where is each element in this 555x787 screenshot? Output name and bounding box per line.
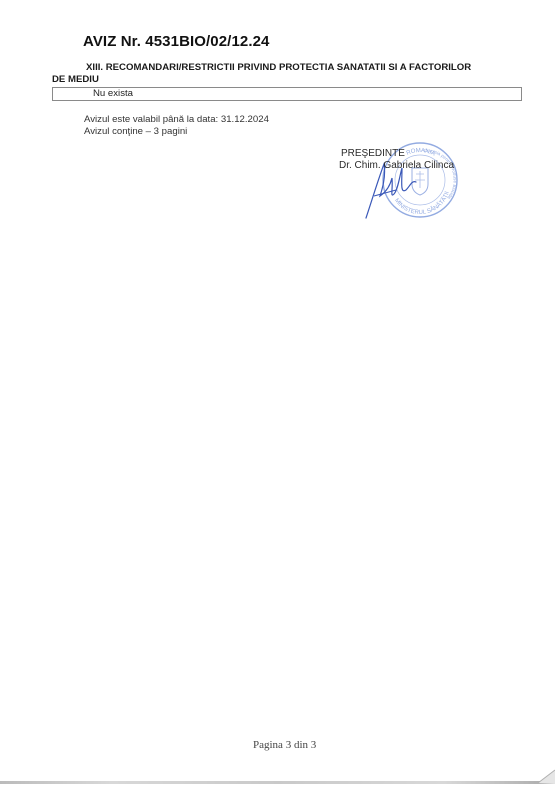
section-heading: XIII. RECOMANDARI/RESTRICTII PRIVIND PRO… [86,62,471,73]
section-content-box: Nu exista [52,87,522,101]
svg-text:Comisia pentru Produse Biocide: Comisia pentru Produse Biocide [424,148,458,201]
signatory-role: PREŞEDINTE [341,148,405,159]
signatory-name: Dr. Chim. Gabriela Cilinca [339,160,454,171]
page-curl-icon [538,768,555,784]
page-footer: Pagina 3 din 3 [253,739,316,751]
section-heading-continued: DE MEDIU [52,74,99,85]
section-content-text: Nu exista [93,88,133,99]
page-bottom-edge [0,781,555,784]
page-count-text: Avizul conţine – 3 pagini [84,126,187,137]
document-title: AVIZ Nr. 4531BIO/02/12.24 [83,33,270,50]
validity-text: Avizul este valabil până la data: 31.12.… [84,114,269,125]
